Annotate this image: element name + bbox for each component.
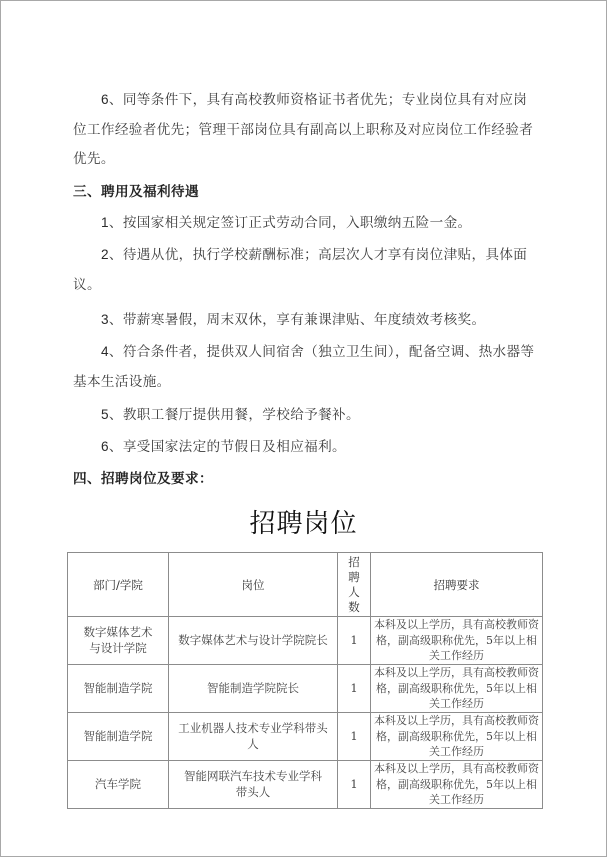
benefit-item-2: 2、待遇从优，执行学校薪酬标准；高层次人才享有岗位津贴，具体面议。 (73, 240, 535, 300)
item-number: 5 (101, 407, 109, 422)
cell-count: 1 (338, 665, 371, 713)
item-number: 4 (101, 344, 109, 359)
cell-department: 数字媒体艺术与设计学院 (68, 617, 169, 665)
benefit-item-1: 1、按国家相关规定签订正式劳动合同，入职缴纳五险一金。 (73, 208, 535, 239)
document-page: 6、同等条件下，具有高校教师资格证书者优先；专业岗位具有对应岗位工作经验者优先；… (0, 0, 607, 857)
section-heading-benefits: 三、聘用及福利待遇 (73, 182, 199, 202)
item-number: 3 (101, 312, 109, 327)
item-text: 、符合条件者，提供双人间宿舍（独立卫生间），配备空调、热水器等基本生活设施。 (73, 344, 534, 390)
cell-count: 1 (338, 761, 371, 809)
header-requirements: 招聘要求 (371, 553, 543, 617)
cell-requirements: 本科及以上学历，具有高校教师资格，副高级职称优先，5年以上相关工作经历 (371, 617, 543, 665)
item-text: 、同等条件下，具有高校教师资格证书者优先；专业岗位具有对应岗位工作经验者优先；管… (73, 92, 533, 167)
item-text: 、待遇从优，执行学校薪酬标准；高层次人才享有岗位津贴，具体面议。 (73, 247, 527, 293)
cell-requirements: 本科及以上学历，具有高校教师资格，副高级职称优先，5年以上相关工作经历 (371, 665, 543, 713)
cell-department: 智能制造学院 (68, 665, 169, 713)
header-position: 岗位 (169, 553, 338, 617)
header-count-char: 聘 (338, 570, 370, 585)
header-count-char: 人 (338, 585, 370, 600)
benefit-item-6: 6、享受国家法定的节假日及相应福利。 (73, 432, 535, 463)
cell-requirements: 本科及以上学历，具有高校教师资格，副高级职称优先，5年以上相关工作经历 (371, 713, 543, 761)
item-text: 、享受国家法定的节假日及相应福利。 (109, 439, 346, 455)
item-text: 、教职工餐厅提供用餐，学校给予餐补。 (109, 407, 360, 423)
header-count: 招 聘 人 数 (338, 553, 371, 617)
cell-count: 1 (338, 713, 371, 761)
table-row: 智能制造学院 智能制造学院院长 1 本科及以上学历，具有高校教师资格，副高级职称… (68, 665, 543, 713)
header-department: 部门/学院 (68, 553, 169, 617)
cell-position: 数字媒体艺术与设计学院院长 (169, 617, 338, 665)
item-number: 1 (101, 215, 109, 230)
item-text: 、按国家相关规定签订正式劳动合同，入职缴纳五险一金。 (109, 215, 472, 231)
header-count-char: 招 (338, 555, 370, 570)
cell-position: 工业机器人技术专业学科带头人 (169, 713, 338, 761)
table-header-row: 部门/学院 岗位 招 聘 人 数 招聘要求 (68, 553, 543, 617)
positions-table: 部门/学院 岗位 招 聘 人 数 招聘要求 数字媒体艺术与设计学院 数字媒体艺术… (67, 552, 543, 809)
benefit-item-4: 4、符合条件者，提供双人间宿舍（独立卫生间），配备空调、热水器等基本生活设施。 (73, 337, 535, 397)
item-text: 、带薪寒暑假，周末双休，享有兼课津贴、年度绩效考核奖。 (109, 312, 485, 328)
paragraph-priority-conditions: 6、同等条件下，具有高校教师资格证书者优先；专业岗位具有对应岗位工作经验者优先；… (73, 85, 535, 175)
table-row: 汽车学院 智能网联汽车技术专业学科带头人 1 本科及以上学历，具有高校教师资格，… (68, 761, 543, 809)
cell-requirements: 本科及以上学历，具有高校教师资格，副高级职称优先，5年以上相关工作经历 (371, 761, 543, 809)
item-number: 6 (101, 92, 109, 107)
header-count-char: 数 (338, 600, 370, 615)
item-number: 6 (101, 439, 109, 454)
item-number: 2 (101, 247, 109, 262)
cell-position: 智能制造学院院长 (169, 665, 338, 713)
table-title: 招聘岗位 (1, 505, 606, 543)
cell-department: 智能制造学院 (68, 713, 169, 761)
section-heading-positions: 四、招聘岗位及要求： (73, 469, 213, 489)
cell-count: 1 (338, 617, 371, 665)
cell-position: 智能网联汽车技术专业学科带头人 (169, 761, 338, 809)
table-row: 智能制造学院 工业机器人技术专业学科带头人 1 本科及以上学历，具有高校教师资格… (68, 713, 543, 761)
table-row: 数字媒体艺术与设计学院 数字媒体艺术与设计学院院长 1 本科及以上学历，具有高校… (68, 617, 543, 665)
benefit-item-3: 3、带薪寒暑假，周末双休，享有兼课津贴、年度绩效考核奖。 (73, 305, 535, 336)
cell-department: 汽车学院 (68, 761, 169, 809)
benefit-item-5: 5、教职工餐厅提供用餐，学校给予餐补。 (73, 400, 535, 431)
